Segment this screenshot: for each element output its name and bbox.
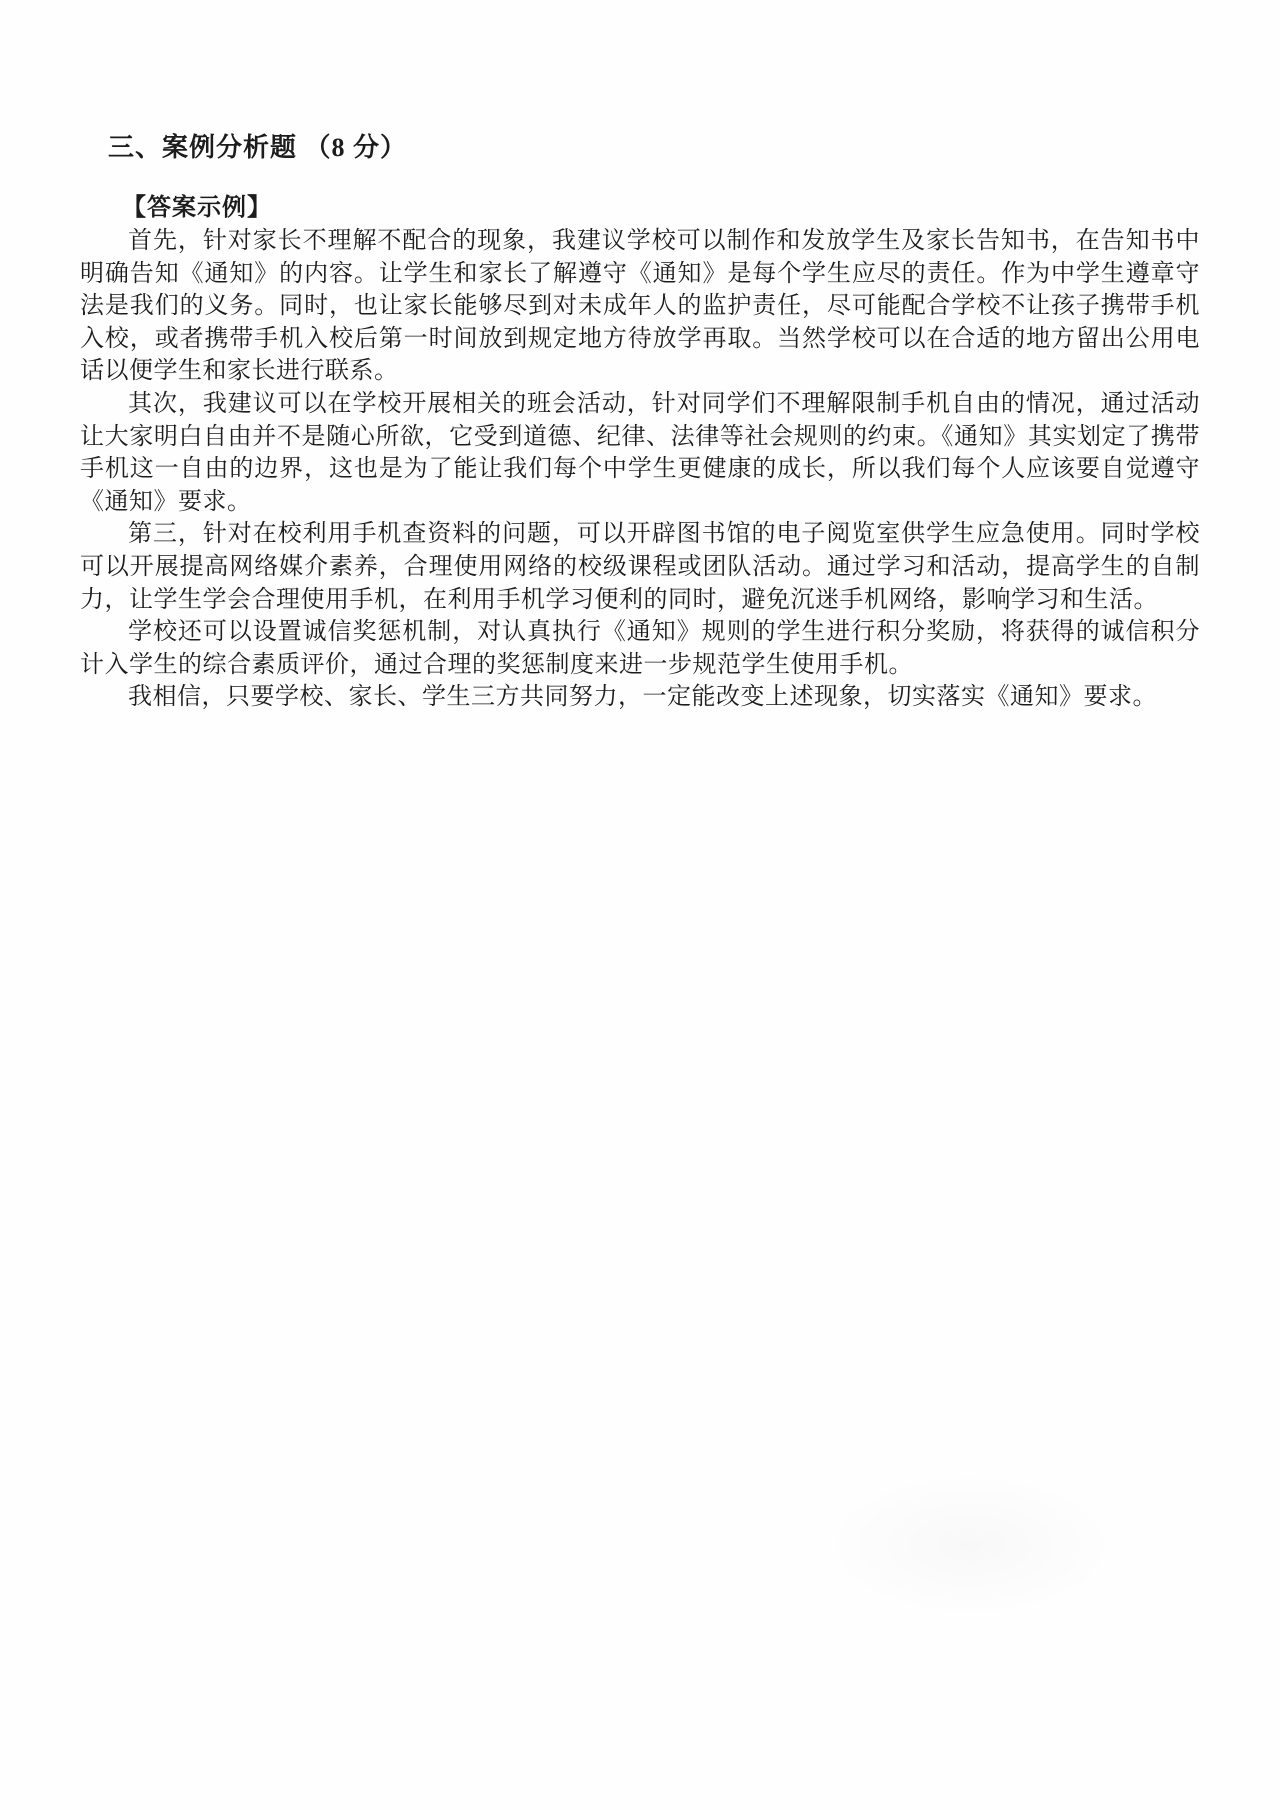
scan-smudge-artifact: [820, 1470, 1120, 1620]
answer-paragraph-1: 首先，针对家长不理解不配合的现象，我建议学校可以制作和发放学生及家长告知书，在告…: [80, 225, 1200, 388]
document-page: 三、案例分析题 （8 分） 【答案示例】 首先，针对家长不理解不配合的现象，我建…: [0, 0, 1280, 1810]
answer-paragraph-4: 学校还可以设置诚信奖惩机制，对认真执行《通知》规则的学生进行积分奖励，将获得的诚…: [80, 616, 1200, 681]
answer-paragraph-3: 第三，针对在校利用手机查资料的问题，可以开辟图书馆的电子阅览室供学生应急使用。同…: [80, 518, 1200, 616]
answer-paragraph-5: 我相信，只要学校、家长、学生三方共同努力，一定能改变上述现象，切实落实《通知》要…: [80, 681, 1200, 714]
answer-paragraph-2: 其次，我建议可以在学校开展相关的班会活动，针对同学们不理解限制手机自由的情况，通…: [80, 388, 1200, 518]
section-heading: 三、案例分析题 （8 分）: [80, 130, 1200, 166]
answer-sample-label: 【答案示例】: [80, 192, 1200, 225]
